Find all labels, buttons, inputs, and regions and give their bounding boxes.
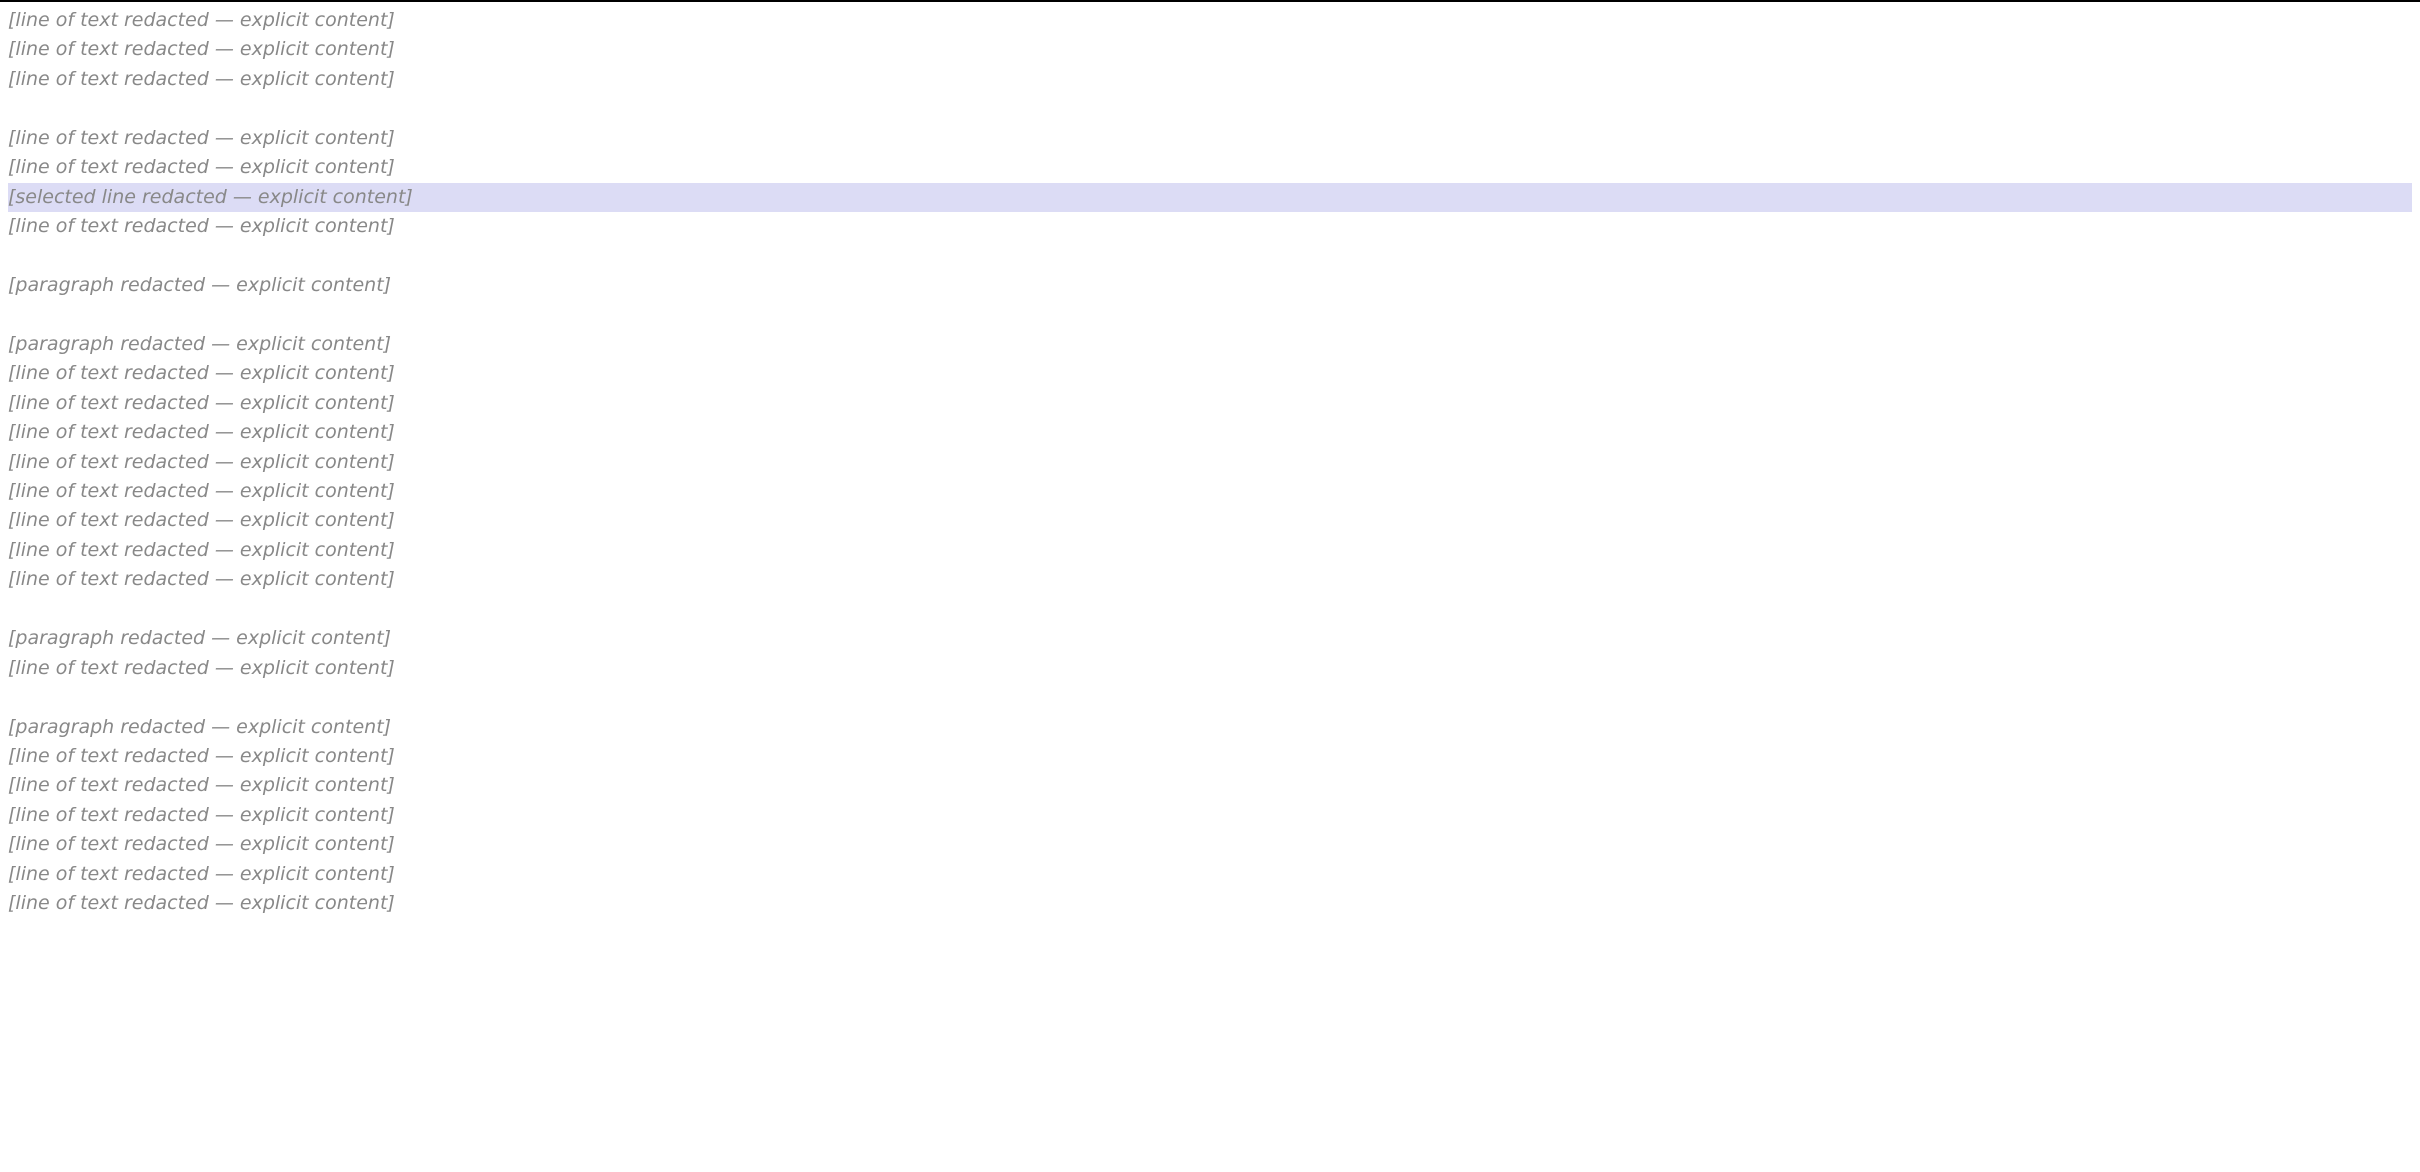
text-line[interactable] [8,595,2412,624]
selected-text-line[interactable]: [selected line redacted — explicit conte… [8,183,2412,212]
text-line[interactable]: [line of text redacted — explicit conten… [8,830,2412,859]
text-line[interactable] [8,300,2412,329]
text-line[interactable] [8,242,2412,271]
text-line[interactable]: [paragraph redacted — explicit content] [8,624,2412,653]
text-line[interactable]: [line of text redacted — explicit conten… [8,506,2412,535]
text-line[interactable]: [line of text redacted — explicit conten… [8,418,2412,447]
text-line[interactable]: [line of text redacted — explicit conten… [8,889,2412,918]
text-line[interactable] [8,683,2412,712]
text-line[interactable]: [line of text redacted — explicit conten… [8,153,2412,182]
text-line[interactable]: [line of text redacted — explicit conten… [8,742,2412,771]
text-line[interactable]: [line of text redacted — explicit conten… [8,65,2412,94]
text-line[interactable]: [line of text redacted — explicit conten… [8,359,2412,388]
text-line[interactable]: [paragraph redacted — explicit content] [8,330,2412,359]
text-line[interactable]: [line of text redacted — explicit conten… [8,448,2412,477]
text-line[interactable]: [line of text redacted — explicit conten… [8,124,2412,153]
text-line[interactable] [8,94,2412,123]
text-line[interactable]: [line of text redacted — explicit conten… [8,212,2412,241]
text-line[interactable]: [paragraph redacted — explicit content] [8,271,2412,300]
text-line[interactable]: [line of text redacted — explicit conten… [8,35,2412,64]
text-line[interactable]: [paragraph redacted — explicit content] [8,713,2412,742]
text-line[interactable]: [line of text redacted — explicit conten… [8,6,2412,35]
text-line[interactable]: [line of text redacted — explicit conten… [8,536,2412,565]
text-line[interactable]: [line of text redacted — explicit conten… [8,477,2412,506]
text-document: [line of text redacted — explicit conten… [0,0,2420,1172]
text-line[interactable]: [line of text redacted — explicit conten… [8,654,2412,683]
text-line[interactable]: [line of text redacted — explicit conten… [8,801,2412,830]
text-line[interactable]: [line of text redacted — explicit conten… [8,389,2412,418]
text-line[interactable]: [line of text redacted — explicit conten… [8,771,2412,800]
text-line[interactable]: [line of text redacted — explicit conten… [8,565,2412,594]
text-line[interactable]: [line of text redacted — explicit conten… [8,860,2412,889]
